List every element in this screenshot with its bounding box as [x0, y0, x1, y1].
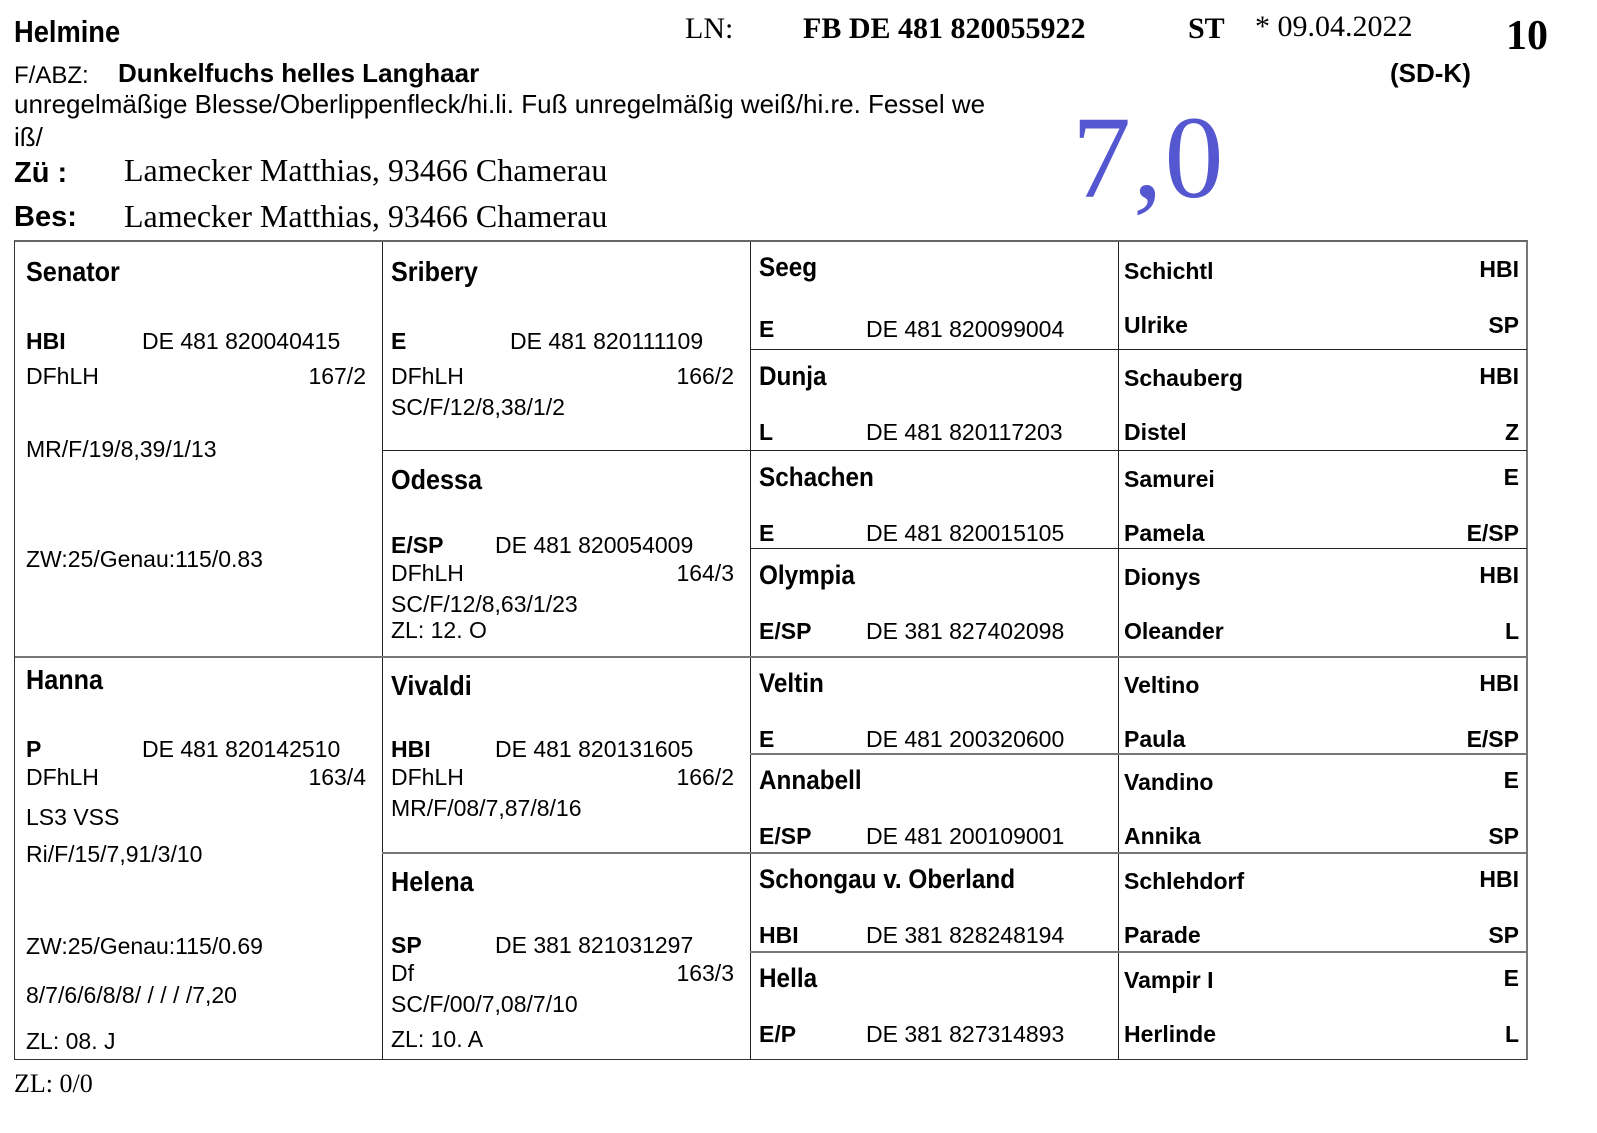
catalog-number: 10 — [1506, 12, 1548, 60]
great-great-grandparent-name: Parade — [1124, 922, 1201, 949]
grandparent-breed: DFhLH — [391, 363, 464, 390]
dam-id: DE 481 820142510 — [142, 736, 340, 763]
great-grandparent-id: DE 481 820015105 — [866, 520, 1064, 547]
great-grandparent-grade: E — [759, 316, 774, 343]
great-grandparent-id: DE 481 820117203 — [866, 419, 1063, 446]
great-grandparent-grade: HBI — [759, 922, 799, 949]
great-great-grandparent-grade: E — [1504, 767, 1519, 794]
great-grandparent-name: Schongau v. Oberland — [759, 864, 1015, 895]
grandparent-measure: 166/2 — [676, 764, 734, 791]
dam-performance: Ri/F/15/7,91/3/10 — [26, 841, 202, 868]
great-great-grandparent-grade: E/SP — [1467, 520, 1519, 547]
grandparent-id: DE 481 820111109 — [510, 328, 703, 355]
grandparent-measure: 166/2 — [676, 363, 734, 390]
great-great-grandparent-grade: SP — [1488, 823, 1519, 850]
sire-id: DE 481 820040415 — [142, 328, 340, 355]
horse-name: Helmine — [14, 14, 120, 50]
grandparent-performance: SC/F/00/7,08/7/10 — [391, 991, 578, 1018]
great-great-grandparent-grade: HBI — [1479, 363, 1519, 390]
row-divider — [750, 349, 1527, 350]
grandparent-breed: Df — [391, 960, 414, 987]
great-great-grandparent-name: Schlehdorf — [1124, 868, 1244, 895]
sire-breed: DFhLH — [26, 363, 99, 390]
great-great-grandparent-grade: HBI — [1479, 866, 1519, 893]
grandparent-performance: SC/F/12/8,38/1/2 — [391, 394, 565, 421]
owner-value: Lamecker Matthias, 93466 Chamerau — [124, 198, 607, 235]
great-grandparent-grade: E/SP — [759, 823, 811, 850]
great-grandparent-id: DE 381 827314893 — [866, 1021, 1064, 1048]
column-divider — [382, 242, 383, 1060]
great-grandparent-name: Dunja — [759, 361, 827, 392]
great-great-grandparent-name: Herlinde — [1124, 1021, 1216, 1048]
sd-code: (SD-K) — [1390, 58, 1471, 89]
grandparent-breed: DFhLH — [391, 560, 464, 587]
great-grandparent-id: DE 381 828248194 — [866, 922, 1064, 949]
great-grandparent-grade: E/P — [759, 1021, 796, 1048]
great-great-grandparent-name: Veltino — [1124, 672, 1199, 699]
great-grandparent-grade: E — [759, 520, 774, 547]
great-great-grandparent-grade: L — [1505, 618, 1519, 645]
grandparent-grade: E — [391, 328, 406, 355]
breeder-label: Zü : — [14, 157, 67, 190]
great-great-grandparent-grade: L — [1505, 1021, 1519, 1048]
ln-value: FB DE 481 820055922 — [803, 12, 1086, 46]
grandparent-performance: MR/F/08/7,87/8/16 — [391, 795, 582, 822]
sire-performance: MR/F/19/8,39/1/13 — [26, 436, 217, 463]
great-great-grandparent-grade: E/SP — [1467, 726, 1519, 753]
grandparent-breed: DFhLH — [391, 764, 464, 791]
great-grandparent-name: Veltin — [759, 668, 824, 699]
sire-breeding-value: ZW:25/Genau:115/0.83 — [26, 546, 263, 573]
great-great-grandparent-grade: E — [1504, 965, 1519, 992]
dam-name: Hanna — [26, 664, 103, 696]
great-grandparent-grade: E/SP — [759, 618, 811, 645]
grandparent-id: DE 381 821031297 — [495, 932, 693, 959]
dam-breeding-value: ZW:25/Genau:115/0.69 — [26, 933, 263, 960]
pedigree-table: Senator HBI DE 481 820040415 DFhLH 167/2… — [14, 240, 1528, 1060]
great-grandparent-grade: L — [759, 419, 773, 446]
great-grandparent-id: DE 481 200109001 — [866, 823, 1064, 850]
great-great-grandparent-name: Pamela — [1124, 520, 1205, 547]
fabz-value: Dunkelfuchs helles Langhaar — [118, 58, 479, 89]
great-great-grandparent-grade: HBI — [1479, 670, 1519, 697]
grandparent-grade: E/SP — [391, 532, 443, 559]
row-divider — [382, 852, 1527, 854]
great-great-grandparent-name: Dionys — [1124, 564, 1201, 591]
great-great-grandparent-grade: HBI — [1479, 256, 1519, 283]
great-great-grandparent-name: Distel — [1124, 419, 1187, 446]
footer-zl: ZL: 0/0 — [14, 1069, 93, 1099]
grandparent-performance: SC/F/12/8,63/1/23 — [391, 591, 578, 618]
grandparent-name: Helena — [391, 866, 474, 898]
great-grandparent-name: Hella — [759, 963, 817, 994]
great-grandparent-id: DE 481 820099004 — [866, 316, 1064, 343]
row-divider — [750, 951, 1527, 953]
great-great-grandparent-grade: HBI — [1479, 562, 1519, 589]
grandparent-id: DE 481 820131605 — [495, 736, 693, 763]
great-great-grandparent-grade: SP — [1488, 312, 1519, 339]
great-grandparent-name: Schachen — [759, 462, 874, 493]
great-grandparent-id: DE 381 827402098 — [866, 618, 1064, 645]
fabz-label: F/ABZ: — [14, 62, 89, 90]
great-great-grandparent-name: Ulrike — [1124, 312, 1188, 339]
grandparent-name: Odessa — [391, 464, 482, 496]
great-great-grandparent-grade: E — [1504, 464, 1519, 491]
great-great-grandparent-name: Schauberg — [1124, 365, 1243, 392]
great-great-grandparent-name: Samurei — [1124, 466, 1215, 493]
breeder-value: Lamecker Matthias, 93466 Chamerau — [124, 152, 607, 189]
dam-grade: P — [26, 736, 41, 763]
birth-date: * 09.04.2022 — [1255, 10, 1413, 44]
st-label: ST — [1188, 12, 1225, 46]
great-grandparent-name: Seeg — [759, 252, 817, 283]
grandparent-grade: SP — [391, 932, 422, 959]
grandparent-name: Sribery — [391, 256, 478, 288]
grandparent-measure: 163/3 — [676, 960, 734, 987]
dam-scores: 8/7/6/6/8/8/ / / / /7,20 — [26, 982, 237, 1009]
dam-breed: DFhLH — [26, 764, 99, 791]
grandparent-zl: ZL: 12. O — [391, 617, 487, 644]
great-great-grandparent-name: Annika — [1124, 823, 1201, 850]
row-divider — [382, 450, 1527, 451]
owner-label: Bes: — [14, 201, 77, 234]
sire-name: Senator — [26, 256, 120, 288]
row-divider — [15, 656, 1527, 658]
row-divider — [750, 548, 1527, 549]
dam-zl: ZL: 08. J — [26, 1028, 115, 1055]
great-grandparent-name: Olympia — [759, 560, 855, 591]
sire-grade: HBI — [26, 328, 66, 355]
great-grandparent-id: DE 481 200320600 — [866, 726, 1064, 753]
dam-measure: 163/4 — [308, 764, 366, 791]
handwritten-score: 7,0 — [1072, 90, 1226, 226]
great-great-grandparent-grade: Z — [1505, 419, 1519, 446]
great-great-grandparent-name: Schichtl — [1124, 258, 1213, 285]
grandparent-name: Vivaldi — [391, 670, 472, 702]
great-grandparent-grade: E — [759, 726, 774, 753]
sire-measure: 167/2 — [308, 363, 366, 390]
markings-description: unregelmäßige Blesse/Oberlippenfleck/hi.… — [14, 88, 989, 154]
grandparent-grade: HBI — [391, 736, 431, 763]
great-great-grandparent-name: Vandino — [1124, 769, 1213, 796]
grandparent-measure: 164/3 — [676, 560, 734, 587]
row-divider — [750, 753, 1527, 755]
column-divider — [1118, 242, 1119, 1060]
great-great-grandparent-grade: SP — [1488, 922, 1519, 949]
grandparent-zl: ZL: 10. A — [391, 1026, 483, 1053]
grandparent-id: DE 481 820054009 — [495, 532, 693, 559]
great-grandparent-name: Annabell — [759, 765, 862, 796]
dam-ls: LS3 VSS — [26, 804, 119, 831]
column-divider — [750, 242, 751, 1060]
great-great-grandparent-name: Paula — [1124, 726, 1185, 753]
great-great-grandparent-name: Vampir I — [1124, 967, 1213, 994]
ln-label: LN: — [685, 12, 733, 46]
great-great-grandparent-name: Oleander — [1124, 618, 1224, 645]
